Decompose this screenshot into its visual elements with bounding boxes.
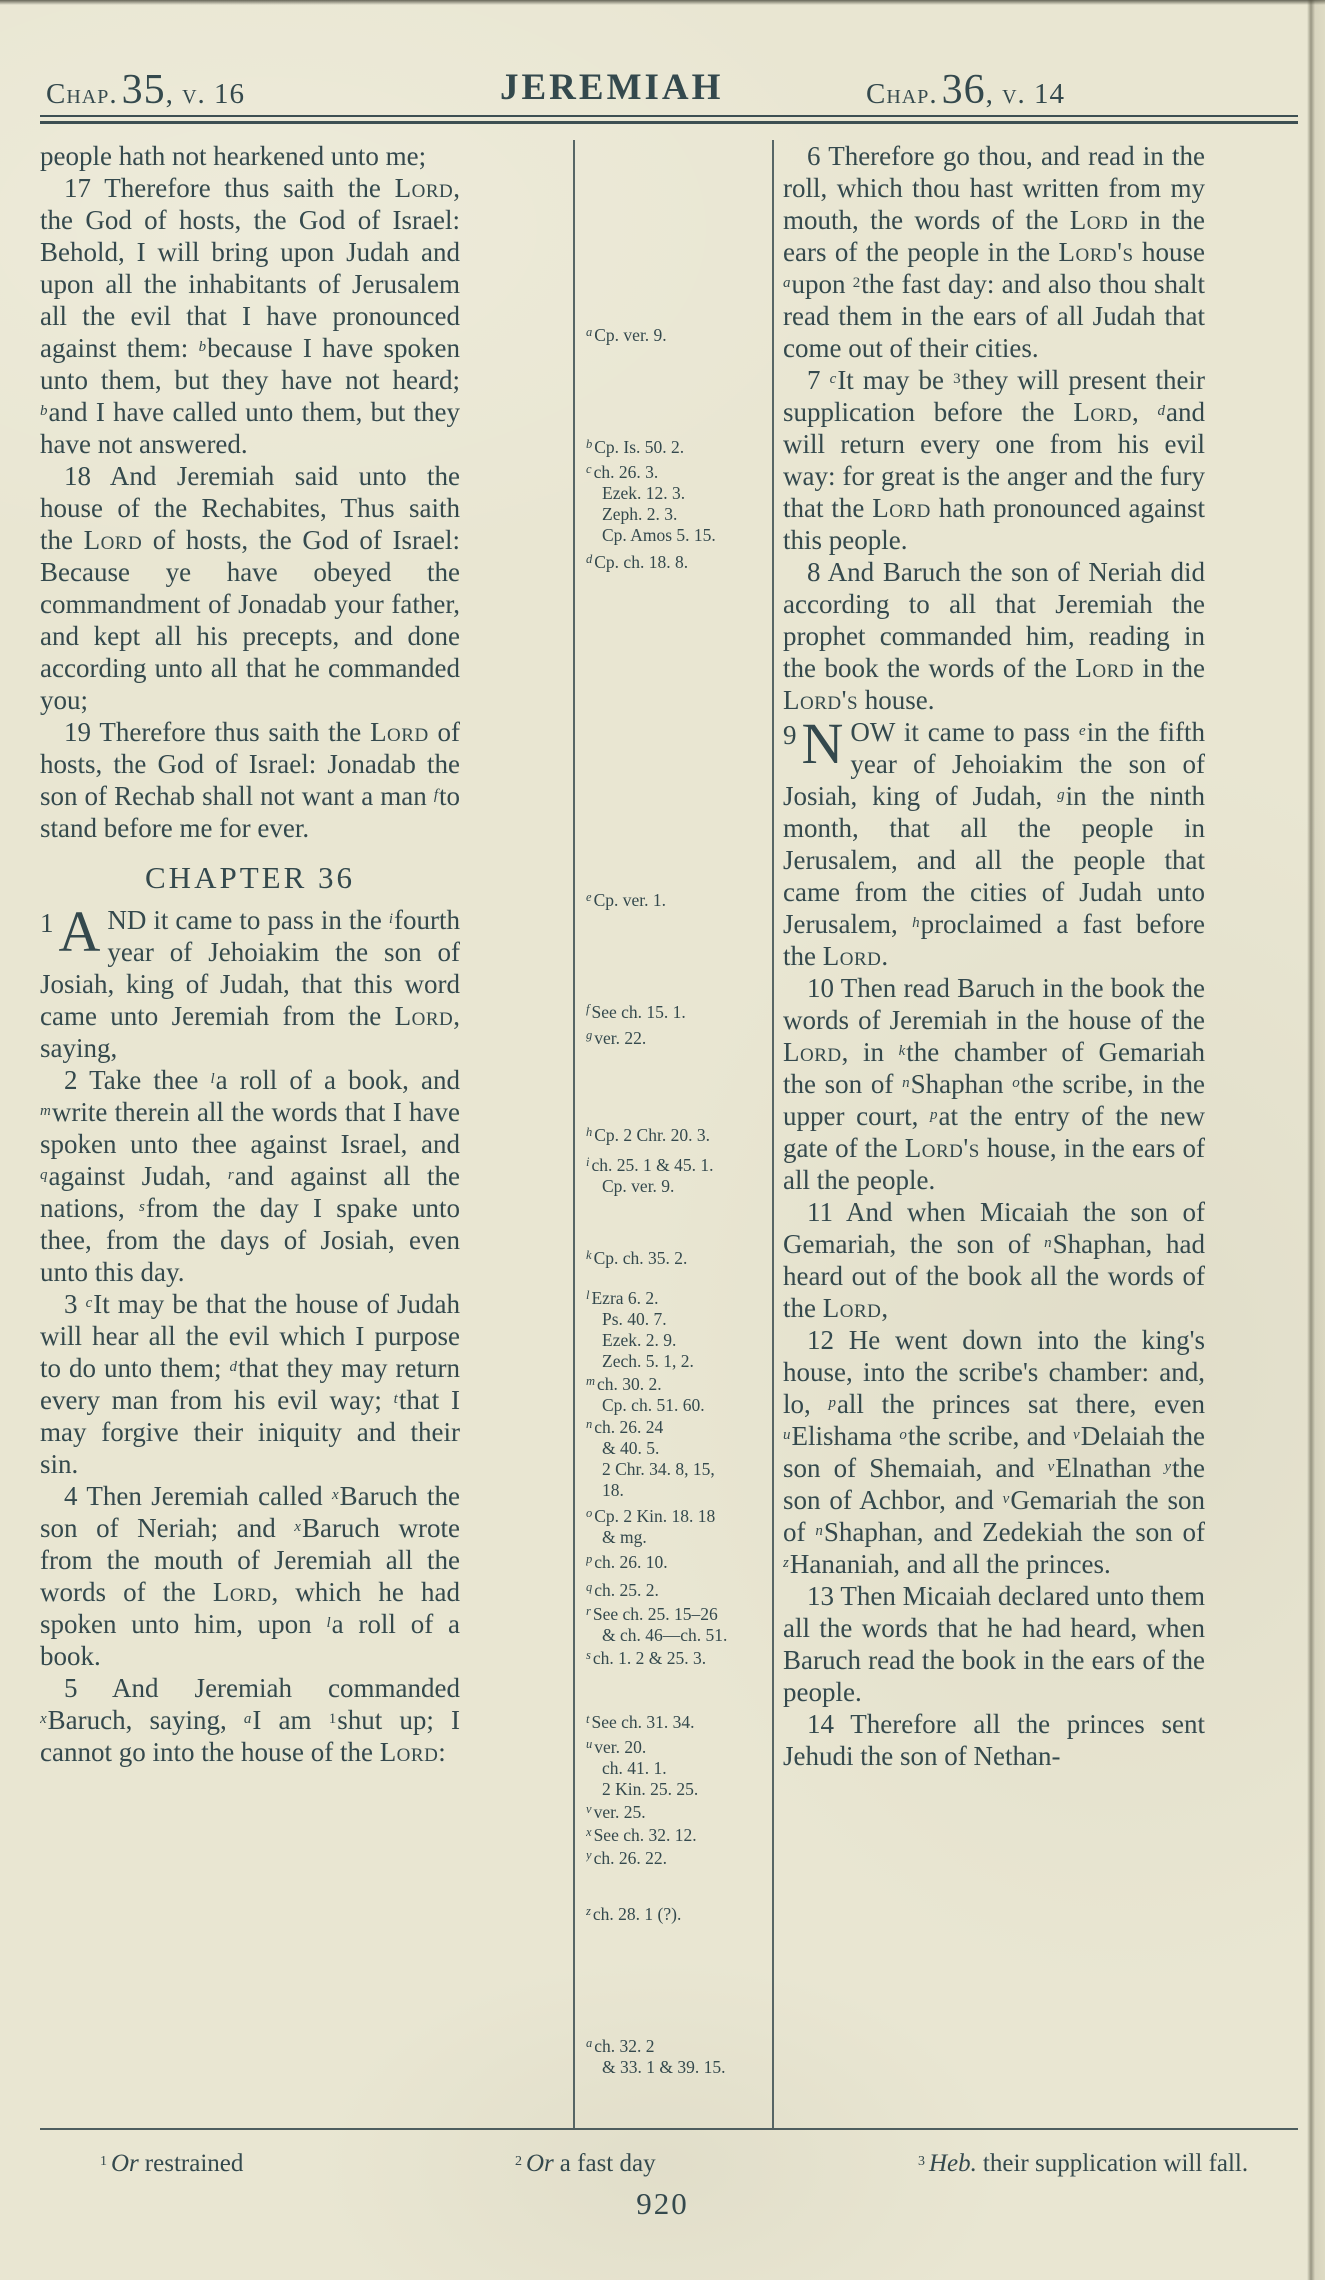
verse-paragraph: people hath not hearkened unto me;: [40, 140, 460, 172]
verse-paragraph: 7 cIt may be 3they will present their su…: [783, 364, 1205, 556]
cross-reference-letter: h: [586, 1125, 592, 1139]
cross-reference-group: mch. 30. 2.Cp. ch. 51. 60.: [586, 1374, 770, 1416]
cross-reference-group: gver. 22.: [586, 1028, 770, 1049]
verse-paragraph: 14 Therefore all the princes sent Jehudi…: [783, 1708, 1205, 1772]
small-caps-word: Lord: [213, 1577, 272, 1607]
cross-reference-letter: u: [586, 1737, 592, 1751]
cross-reference-letter: l: [326, 1615, 330, 1631]
cross-reference-letter: u: [783, 1427, 791, 1443]
cross-reference-letter: l: [586, 1288, 589, 1302]
running-head-left-verse: , v. 16: [166, 78, 245, 110]
footnote-marker: 1: [329, 1711, 337, 1727]
verse-paragraph: 17 Therefore thus saith the Lord, the Go…: [40, 172, 460, 460]
cross-reference-letter: v: [1048, 1459, 1055, 1475]
cross-reference-letter: f: [586, 1002, 589, 1016]
verse-paragraph: 12 He went down into the king's house, i…: [783, 1324, 1205, 1580]
cross-reference-group: aCp. ver. 9.: [586, 325, 770, 346]
column-rule-right: [772, 140, 774, 2128]
drop-cap: 1A: [40, 907, 100, 958]
small-caps-word: Lord: [1070, 205, 1129, 235]
cross-reference-letter: s: [586, 1648, 591, 1662]
cross-reference-group: rSee ch. 25. 15–26& ch. 46—ch. 51.: [586, 1604, 770, 1646]
cross-reference-group: uver. 20.ch. 41. 1.2 Kin. 25. 25.: [586, 1737, 770, 1800]
cross-reference-group: vver. 25.: [586, 1802, 770, 1823]
cross-reference-group: eCp. ver. 1.: [586, 890, 770, 911]
verse-paragraph: 4 Then Jeremiah called xBaruch the son o…: [40, 1480, 460, 1672]
cross-reference-letter: r: [586, 1604, 591, 1618]
verse-paragraph: 13 Then Micaiah declared unto them all t…: [783, 1580, 1205, 1708]
header-rule: [40, 115, 1298, 124]
cross-reference-group: bCp. Is. 50. 2.: [586, 437, 770, 458]
small-caps-word: Lord: [823, 1293, 882, 1323]
running-head-right-chap-num: 36: [942, 67, 986, 113]
small-caps-word: Lord: [872, 493, 931, 523]
verse-paragraph: 18 And Jeremiah said unto the house of t…: [40, 460, 460, 716]
footnote-marker: 2: [515, 2154, 522, 2169]
cross-reference-letter: o: [1012, 1075, 1020, 1091]
footnotes-row: 1Orrestrained2Ora fast day3Heb.their sup…: [0, 2150, 1325, 2184]
small-caps-word: Lord: [84, 525, 143, 555]
cross-reference-letter: a: [783, 275, 791, 291]
cross-reference-letter: t: [586, 1712, 589, 1726]
cross-reference-letter: a: [586, 325, 592, 339]
cross-reference-letter: y: [586, 1848, 592, 1862]
footnote-marker: 3: [953, 371, 961, 387]
running-head-right-chap-word: Chap.: [866, 78, 938, 110]
cross-reference-letter: d: [586, 552, 592, 566]
cross-reference-letter: k: [899, 1043, 906, 1059]
cross-reference-letter: l: [210, 1071, 214, 1087]
verse-paragraph: 3 cIt may be that the house of Judah wil…: [40, 1288, 460, 1480]
page-number: 920: [0, 2186, 1325, 2222]
verse-number: 9: [783, 720, 797, 750]
cross-reference-letter: x: [586, 1825, 592, 1839]
footnote-text: a fast day: [560, 2150, 656, 2177]
cross-reference-letter: v: [586, 1802, 592, 1816]
cross-reference-letter: n: [586, 1417, 592, 1431]
cross-reference-letter: o: [899, 1427, 907, 1443]
cross-reference-group: fSee ch. 15. 1.: [586, 1002, 770, 1023]
cross-reference-letter: x: [40, 1711, 47, 1727]
cross-reference-letter: h: [912, 915, 920, 931]
cross-reference-letter: z: [783, 1555, 789, 1571]
cross-reference-letter: d: [1158, 403, 1166, 419]
cross-reference-letter: d: [230, 1359, 238, 1375]
running-head-left: Chap. 35, v. 16: [46, 66, 245, 114]
cross-reference-letter: b: [40, 403, 48, 419]
cross-reference-group: dCp. ch. 18. 8.: [586, 552, 770, 573]
small-caps-word: Lord: [395, 1001, 454, 1031]
cross-reference-group: zch. 28. 1 (?).: [586, 1904, 770, 1925]
verse-paragraph: 19 Therefore thus saith the Lord of host…: [40, 716, 460, 844]
drop-cap-letter: A: [59, 899, 101, 964]
cross-reference-group: ach. 32. 2& 33. 1 & 39. 15.: [586, 2036, 770, 2078]
verse-paragraph: 9NOW it came to pass ein the fifth year …: [783, 716, 1205, 972]
footnote-text: restrained: [145, 2150, 244, 2177]
left-text-column: people hath not hearkened unto me;17 The…: [40, 140, 460, 2130]
small-caps-word: Lord: [1073, 397, 1132, 427]
cross-reference-letter: p: [586, 1552, 592, 1566]
cross-reference-letter: z: [586, 1904, 591, 1918]
cross-reference-letter: p: [828, 1395, 836, 1411]
verse-paragraph: 10 Then read Baruch in the book the word…: [783, 972, 1205, 1196]
cross-reference-group: oCp. 2 Kin. 18. 18& mg.: [586, 1506, 770, 1548]
page-right-edge-shadow: [1307, 0, 1325, 2280]
footnote-text: their supplication will fall.: [983, 2150, 1248, 2177]
small-caps-word: Lord's: [905, 1133, 980, 1163]
cross-reference-group: hCp. 2 Chr. 20. 3.: [586, 1125, 770, 1146]
running-head-left-chap-num: 35: [122, 67, 166, 113]
cross-reference-letter: n: [1044, 1235, 1052, 1251]
cross-reference-letter: b: [199, 339, 207, 355]
cross-reference-letter: c: [830, 371, 837, 387]
small-caps-word: Lord's: [1059, 237, 1134, 267]
cross-reference-letter: b: [586, 437, 592, 451]
cross-reference-letter: g: [586, 1028, 592, 1042]
cross-reference-letter: i: [389, 911, 393, 927]
running-head-right: Chap. 36, v. 14: [866, 66, 1065, 114]
cross-reference-letter: p: [930, 1107, 938, 1123]
cross-reference-group: qch. 25. 2.: [586, 1580, 770, 1601]
small-caps-word: Lord: [380, 1737, 439, 1767]
chapter-heading: CHAPTER 36: [40, 844, 460, 904]
drop-cap-letter: N: [802, 711, 844, 776]
small-caps-word: Lord: [823, 941, 882, 971]
cross-reference-letter: n: [815, 1523, 823, 1539]
footnote-marker: 3: [918, 2154, 925, 2169]
verse-paragraph: 11 And when Micaiah the son of Gemariah,…: [783, 1196, 1205, 1324]
cross-reference-group: tSee ch. 31. 34.: [586, 1712, 770, 1733]
cross-reference-letter: f: [434, 787, 438, 803]
verse-paragraph: 1AND it came to pass in the ifourth year…: [40, 904, 460, 1064]
footnote: 3Heb.their supplication will fall.: [918, 2150, 1248, 2178]
scanned-bible-page: Chap. 35, v. 16 JEREMIAH Chap. 36, v. 14…: [0, 0, 1325, 2280]
cross-reference-letter: y: [1164, 1459, 1171, 1475]
verse-paragraph: 2 Take thee la roll of a book, and mwrit…: [40, 1064, 460, 1288]
cross-reference-group: ich. 25. 1 & 45. 1.Cp. ver. 9.: [586, 1155, 770, 1197]
footnote: 1Orrestrained: [100, 2150, 243, 2178]
verse-paragraph: 8 And Baruch the son of Neriah did accor…: [783, 556, 1205, 716]
footnote-tag: Or: [526, 2150, 554, 2177]
cross-reference-group: lEzra 6. 2.Ps. 40. 7.Ezek. 2. 9.Zech. 5.…: [586, 1288, 770, 1372]
book-title: JEREMIAH: [500, 66, 723, 109]
cross-reference-letter: c: [86, 1295, 93, 1311]
right-text-column: 6 Therefore go thou, and read in the rol…: [783, 140, 1205, 2130]
column-rule-left: [573, 140, 575, 2128]
footnote-rule: [40, 2128, 1298, 2130]
cross-reference-letter: r: [228, 1167, 234, 1183]
cross-references-column: aCp. ver. 9.bCp. Is. 50. 2.cch. 26. 3.Ez…: [586, 140, 770, 2128]
cross-reference-group: xSee ch. 32. 12.: [586, 1825, 770, 1846]
footnote-marker: 1: [100, 2154, 107, 2169]
cross-reference-letter: q: [40, 1167, 48, 1183]
footnote-tag: Or: [111, 2150, 139, 2177]
cross-reference-letter: o: [586, 1506, 592, 1520]
cross-reference-group: kCp. ch. 35. 2.: [586, 1248, 770, 1269]
cross-reference-letter: x: [294, 1519, 301, 1535]
cross-reference-letter: q: [586, 1580, 592, 1594]
cross-reference-letter: i: [586, 1155, 589, 1169]
cross-reference-letter: x: [332, 1487, 339, 1503]
cross-reference-letter: e: [586, 890, 592, 904]
verse-paragraph: 5 And Jeremiah commanded xBaruch, saying…: [40, 1672, 460, 1768]
verse-paragraph: 6 Therefore go thou, and read in the rol…: [783, 140, 1205, 364]
cross-reference-letter: g: [1057, 787, 1065, 803]
cross-reference-letter: n: [902, 1075, 910, 1091]
cross-reference-group: sch. 1. 2 & 25. 3.: [586, 1648, 770, 1669]
cross-reference-letter: k: [586, 1248, 592, 1262]
cross-reference-letter: m: [586, 1374, 595, 1388]
small-caps-word: Lord: [395, 173, 454, 203]
cross-reference-letter: m: [40, 1103, 51, 1119]
cross-reference-letter: v: [1003, 1491, 1010, 1507]
cross-reference-group: nch. 26. 24& 40. 5.2 Chr. 34. 8, 15,18.: [586, 1417, 770, 1501]
small-caps-word: Lord: [783, 1037, 842, 1067]
page-top-edge-shadow: [0, 0, 1325, 5]
cross-reference-group: pch. 26. 10.: [586, 1552, 770, 1573]
drop-cap: 9N: [783, 719, 843, 770]
small-caps-word: Lord: [1075, 653, 1134, 683]
cross-reference-group: ych. 26. 22.: [586, 1848, 770, 1869]
cross-reference-letter: a: [586, 2036, 592, 2050]
cross-reference-group: cch. 26. 3.Ezek. 12. 3.Zeph. 2. 3.Cp. Am…: [586, 462, 770, 546]
small-caps-word: Lord's: [783, 685, 858, 715]
cross-reference-letter: e: [1079, 723, 1086, 739]
verse-number: 1: [40, 908, 54, 938]
running-head-right-verse: , v. 14: [986, 78, 1065, 110]
cross-reference-letter: t: [394, 1391, 398, 1407]
cross-reference-letter: c: [586, 462, 592, 476]
cross-reference-letter: v: [1073, 1427, 1080, 1443]
running-head-left-chap-word: Chap.: [46, 78, 118, 110]
footnote-tag: Heb.: [929, 2150, 977, 2177]
footnote-marker: 2: [853, 275, 861, 291]
small-caps-word: Lord: [370, 717, 429, 747]
footnote: 2Ora fast day: [515, 2150, 656, 2178]
cross-reference-letter: s: [139, 1199, 145, 1215]
cross-reference-letter: a: [244, 1711, 252, 1727]
